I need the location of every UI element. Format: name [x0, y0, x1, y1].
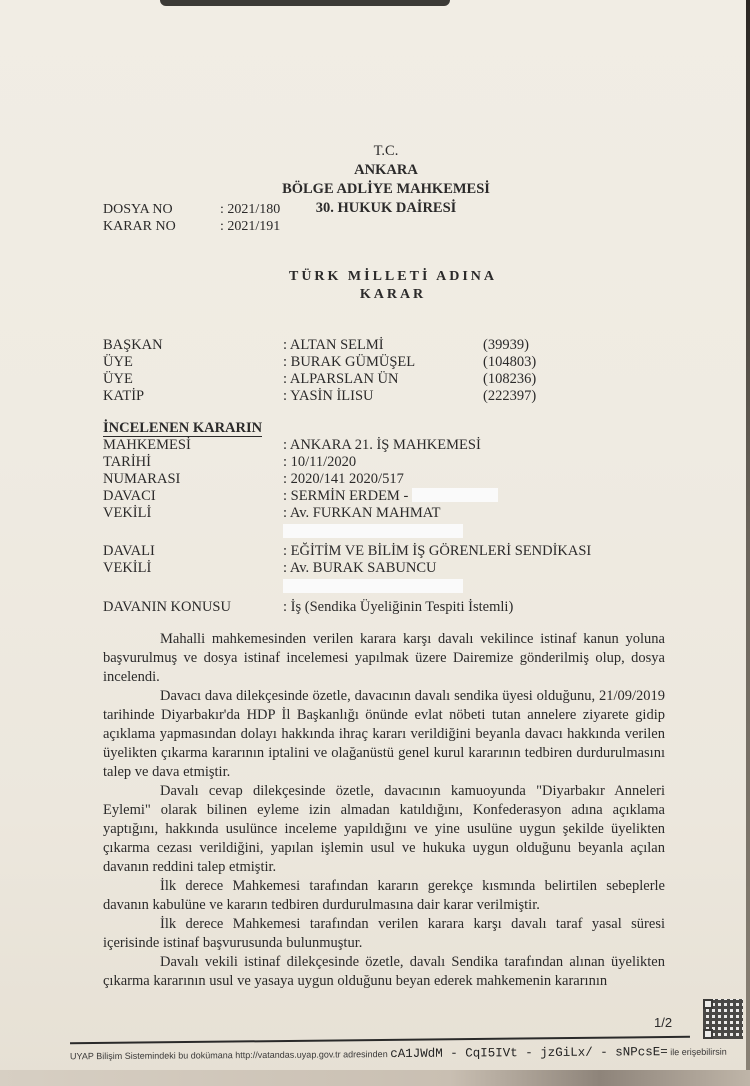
- body-paragraph: Davacı dava dilekçesinde özetle, davacın…: [103, 687, 665, 782]
- footer-prefix: UYAP Bilişim Sistemindeki bu dokümana ht…: [70, 1049, 388, 1061]
- reviewed-label: DAVACI: [103, 488, 283, 505]
- reviewed-value: : 2020/141 2020/517: [283, 471, 404, 488]
- reviewed-label: DAVANIN KONUSU: [103, 599, 283, 616]
- panel-role: ÜYE: [103, 354, 283, 371]
- redacted-row: [103, 522, 591, 540]
- reviewed-row: DAVALI : EĞİTİM VE BİLİM İŞ GÖRENLERİ SE…: [103, 543, 591, 560]
- panel-row: ÜYE : BURAK GÜMÜŞEL (104803): [103, 354, 563, 371]
- reviewed-row: DAVACI : SERMİN ERDEM -: [103, 488, 591, 505]
- redacted-row: [103, 577, 591, 595]
- reviewed-value: : Av. BURAK SABUNCU: [283, 560, 436, 577]
- reviewed-value: : İş (Sendika Üyeliğinin Tespiti İstemli…: [283, 599, 513, 616]
- qr-code-icon: [703, 999, 743, 1039]
- reviewed-row: NUMARASI : 2020/141 2020/517: [103, 471, 591, 488]
- panel-sicil: (104803): [483, 354, 563, 371]
- uyap-footer: UYAP Bilişim Sistemindeki bu dokümana ht…: [70, 1045, 727, 1064]
- panel-sicil: (222397): [483, 388, 563, 405]
- footer-divider: [70, 1036, 690, 1044]
- panel-role: KATİP: [103, 388, 283, 405]
- panel-name: : BURAK GÜMÜŞEL: [283, 354, 483, 371]
- title-line-2: KARAR: [36, 286, 750, 304]
- body-paragraph: Davalı cevap dilekçesinde özetle, davacı…: [103, 782, 665, 877]
- panel-row: BAŞKAN : ALTAN SELMİ (39939): [103, 337, 563, 354]
- title-line-1: TÜRK MİLLETİ ADINA: [36, 268, 750, 286]
- body-paragraph: Davalı vekili istinaf dilekçesinde özetl…: [103, 953, 665, 991]
- spacer: [103, 577, 283, 595]
- photo-shadow: [160, 0, 450, 6]
- reviewed-row: TARİHİ : 10/11/2020: [103, 454, 591, 471]
- meta-row: DOSYA NO : 2021/180: [103, 201, 280, 218]
- reviewed-heading: İNCELENEN KARARIN: [103, 420, 262, 437]
- document-page: T.C. ANKARA BÖLGE ADLİYE MAHKEMESİ 30. H…: [0, 0, 750, 1086]
- panel-name: : ALTAN SELMİ: [283, 337, 483, 354]
- court-name: BÖLGE ADLİYE MAHKEMESİ: [0, 180, 750, 199]
- case-meta: DOSYA NO : 2021/180 KARAR NO : 2021/191: [103, 201, 280, 235]
- meta-value: : 2021/191: [220, 218, 280, 235]
- country-label: T.C.: [0, 142, 750, 161]
- photo-bottom-edge: [0, 1070, 750, 1086]
- body-paragraph: İlk derece Mahkemesi tarafından verilen …: [103, 915, 665, 953]
- reviewed-label: VEKİLİ: [103, 560, 283, 577]
- meta-label: DOSYA NO: [103, 201, 220, 218]
- reviewed-row: VEKİLİ : Av. BURAK SABUNCU: [103, 560, 591, 577]
- spacer: [103, 522, 283, 540]
- reviewed-label: DAVALI: [103, 543, 283, 560]
- decision-title: TÜRK MİLLETİ ADINA KARAR: [0, 268, 750, 304]
- reviewed-decision: İNCELENEN KARARIN MAHKEMESİ : ANKARA 21.…: [103, 420, 591, 616]
- reviewed-row: DAVANIN KONUSU : İş (Sendika Üyeliğinin …: [103, 599, 591, 616]
- reviewed-value: : Av. FURKAN MAHMAT: [283, 505, 441, 522]
- reviewed-row: VEKİLİ : Av. FURKAN MAHMAT: [103, 505, 591, 522]
- reviewed-label: NUMARASI: [103, 471, 283, 488]
- page-number: 1/2: [654, 1015, 672, 1030]
- panel-role: BAŞKAN: [103, 337, 283, 354]
- redaction-block: [283, 579, 463, 593]
- reviewed-row: MAHKEMESİ : ANKARA 21. İŞ MAHKEMESİ: [103, 437, 591, 454]
- reviewed-value: : ANKARA 21. İŞ MAHKEMESİ: [283, 437, 481, 454]
- body-paragraph: İlk derece Mahkemesi tarafından kararın …: [103, 877, 665, 915]
- city-label: ANKARA: [0, 161, 750, 180]
- panel-name: : YASİN İLISU: [283, 388, 483, 405]
- panel-row: KATİP : YASİN İLISU (222397): [103, 388, 563, 405]
- body-paragraph: Mahalli mahkemesinden verilen karara kar…: [103, 630, 665, 687]
- meta-row: KARAR NO : 2021/191: [103, 218, 280, 235]
- meta-label: KARAR NO: [103, 218, 220, 235]
- panel-sicil: (39939): [483, 337, 563, 354]
- meta-value: : 2021/180: [220, 201, 280, 218]
- reviewed-label: VEKİLİ: [103, 505, 283, 522]
- reviewed-value: : EĞİTİM VE BİLİM İŞ GÖRENLERİ SENDİKASI: [283, 543, 591, 560]
- panel-name: : ALPARSLAN ÜN: [283, 371, 483, 388]
- reviewed-label: TARİHİ: [103, 454, 283, 471]
- judge-panel: BAŞKAN : ALTAN SELMİ (39939) ÜYE : BURAK…: [103, 337, 563, 405]
- decision-body: Mahalli mahkemesinden verilen karara kar…: [103, 630, 665, 991]
- panel-role: ÜYE: [103, 371, 283, 388]
- reviewed-value: : 10/11/2020: [283, 454, 356, 471]
- redaction-block: [283, 524, 463, 538]
- reviewed-value: : SERMİN ERDEM -: [283, 488, 408, 505]
- verification-code: cA1JWdM - CqI5IVt - jzGiLx/ - sNPcsE=: [390, 1045, 668, 1061]
- footer-suffix: ile erişebilirsin: [670, 1047, 727, 1057]
- panel-row: ÜYE : ALPARSLAN ÜN (108236): [103, 371, 563, 388]
- panel-sicil: (108236): [483, 371, 563, 388]
- redaction-block: [412, 488, 498, 502]
- reviewed-label: MAHKEMESİ: [103, 437, 283, 454]
